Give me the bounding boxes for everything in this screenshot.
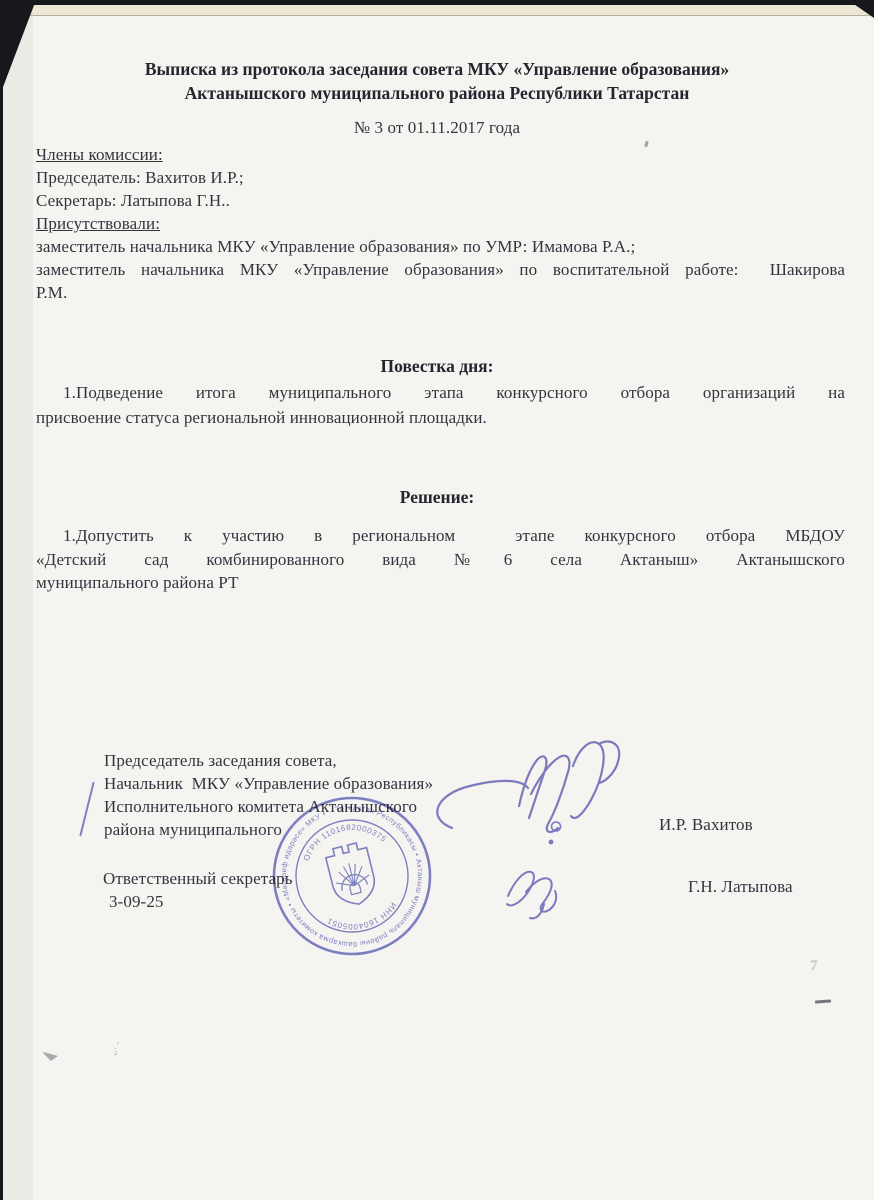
- member-chairman: Председатель: Вахитов И.Р.;: [36, 166, 845, 189]
- protocol-number-line: № 3 от 01.11.2017 года: [40, 116, 834, 139]
- attendees-heading: Присутствовали:: [36, 212, 845, 235]
- attendee-1: заместитель начальника МКУ «Управление о…: [36, 235, 845, 258]
- chairman-name: И.Р. Вахитов: [659, 813, 753, 836]
- scan-edge-cream-band: [0, 5, 874, 16]
- secretary-signature-icon: [492, 852, 587, 927]
- pen-mark: [79, 782, 94, 837]
- secretary-name: Г.Н. Латыпова: [688, 875, 793, 898]
- pencil-mark-seven: 7: [810, 958, 818, 975]
- title-line-1: Выписка из протокола заседания совета МК…: [40, 58, 834, 82]
- attendee-2: заместитель начальника МКУ «Управление о…: [36, 258, 845, 304]
- chairman-signature-icon: [430, 736, 658, 862]
- agenda-heading: Повестка дня:: [40, 356, 834, 377]
- decision-item: 1.Допустить к участию в региональном эта…: [36, 524, 845, 595]
- member-secretary: Секретарь: Латыпова Г.Н..: [36, 189, 845, 212]
- scan-edge-left: [0, 0, 3, 1200]
- agenda-item: 1.Подведение итога муниципального этапа …: [36, 381, 845, 430]
- secretary-phone: 3-09-25: [109, 890, 164, 913]
- scan-left-shadow-band: [3, 0, 33, 1200]
- title-line-2: Актанышского муниципального района Респу…: [40, 82, 834, 106]
- pencil-smudge-icon: [42, 1050, 58, 1061]
- commission-members-block: Члены комиссии: Председатель: Вахитов И.…: [36, 143, 845, 258]
- members-heading: Члены комиссии:: [36, 143, 845, 166]
- scan-edge-top: [0, 0, 874, 5]
- stamp-coat-of-arms-icon: [324, 841, 379, 909]
- pencil-scribble-icon: .′²: [114, 1042, 132, 1060]
- ink-dash-mark-icon: [815, 999, 831, 1003]
- decision-heading: Решение:: [40, 487, 834, 508]
- scanned-document-page: Выписка из протокола заседания совета МК…: [0, 0, 874, 1200]
- document-title: Выписка из протокола заседания совета МК…: [40, 58, 834, 105]
